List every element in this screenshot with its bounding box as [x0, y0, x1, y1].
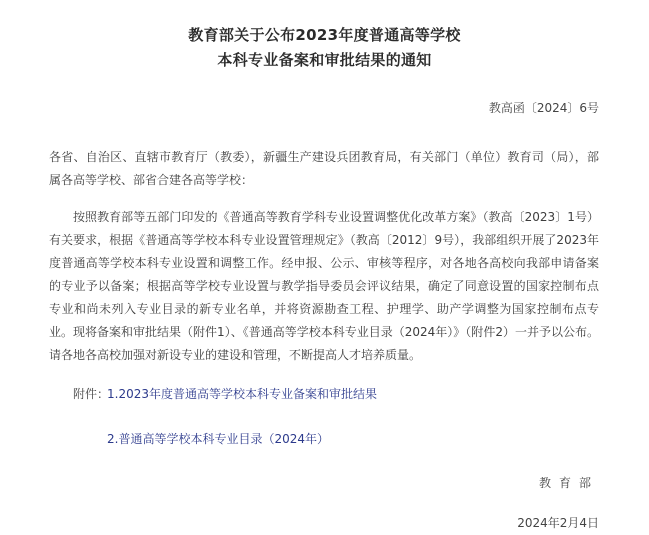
document-title-line-1: 教育部关于公布2023年度普通高等学校 [0, 24, 649, 45]
document-number: 教高函〔2024〕6号 [489, 99, 599, 116]
salutation: 各省、自治区、直辖市教育厅（教委），新疆生产建设兵团教育局，有关部门（单位）教育… [49, 146, 599, 192]
body-paragraph: 按照教育部等五部门印发的《普通高等教育学科专业设置调整优化改革方案》（教高〔20… [49, 206, 599, 367]
issue-date: 2024年2月4日 [517, 514, 599, 531]
attachment-link-1[interactable]: 1.2023年度普通高等学校本科专业备案和审批结果 [107, 385, 377, 402]
issuer-signature: 教育部 [539, 474, 599, 491]
attachments-label: 附件： [73, 385, 109, 402]
attachment-link-2[interactable]: 2.普通高等学校本科专业目录（2024年） [107, 430, 329, 447]
document-title-line-2: 本科专业备案和审批结果的通知 [0, 49, 649, 70]
